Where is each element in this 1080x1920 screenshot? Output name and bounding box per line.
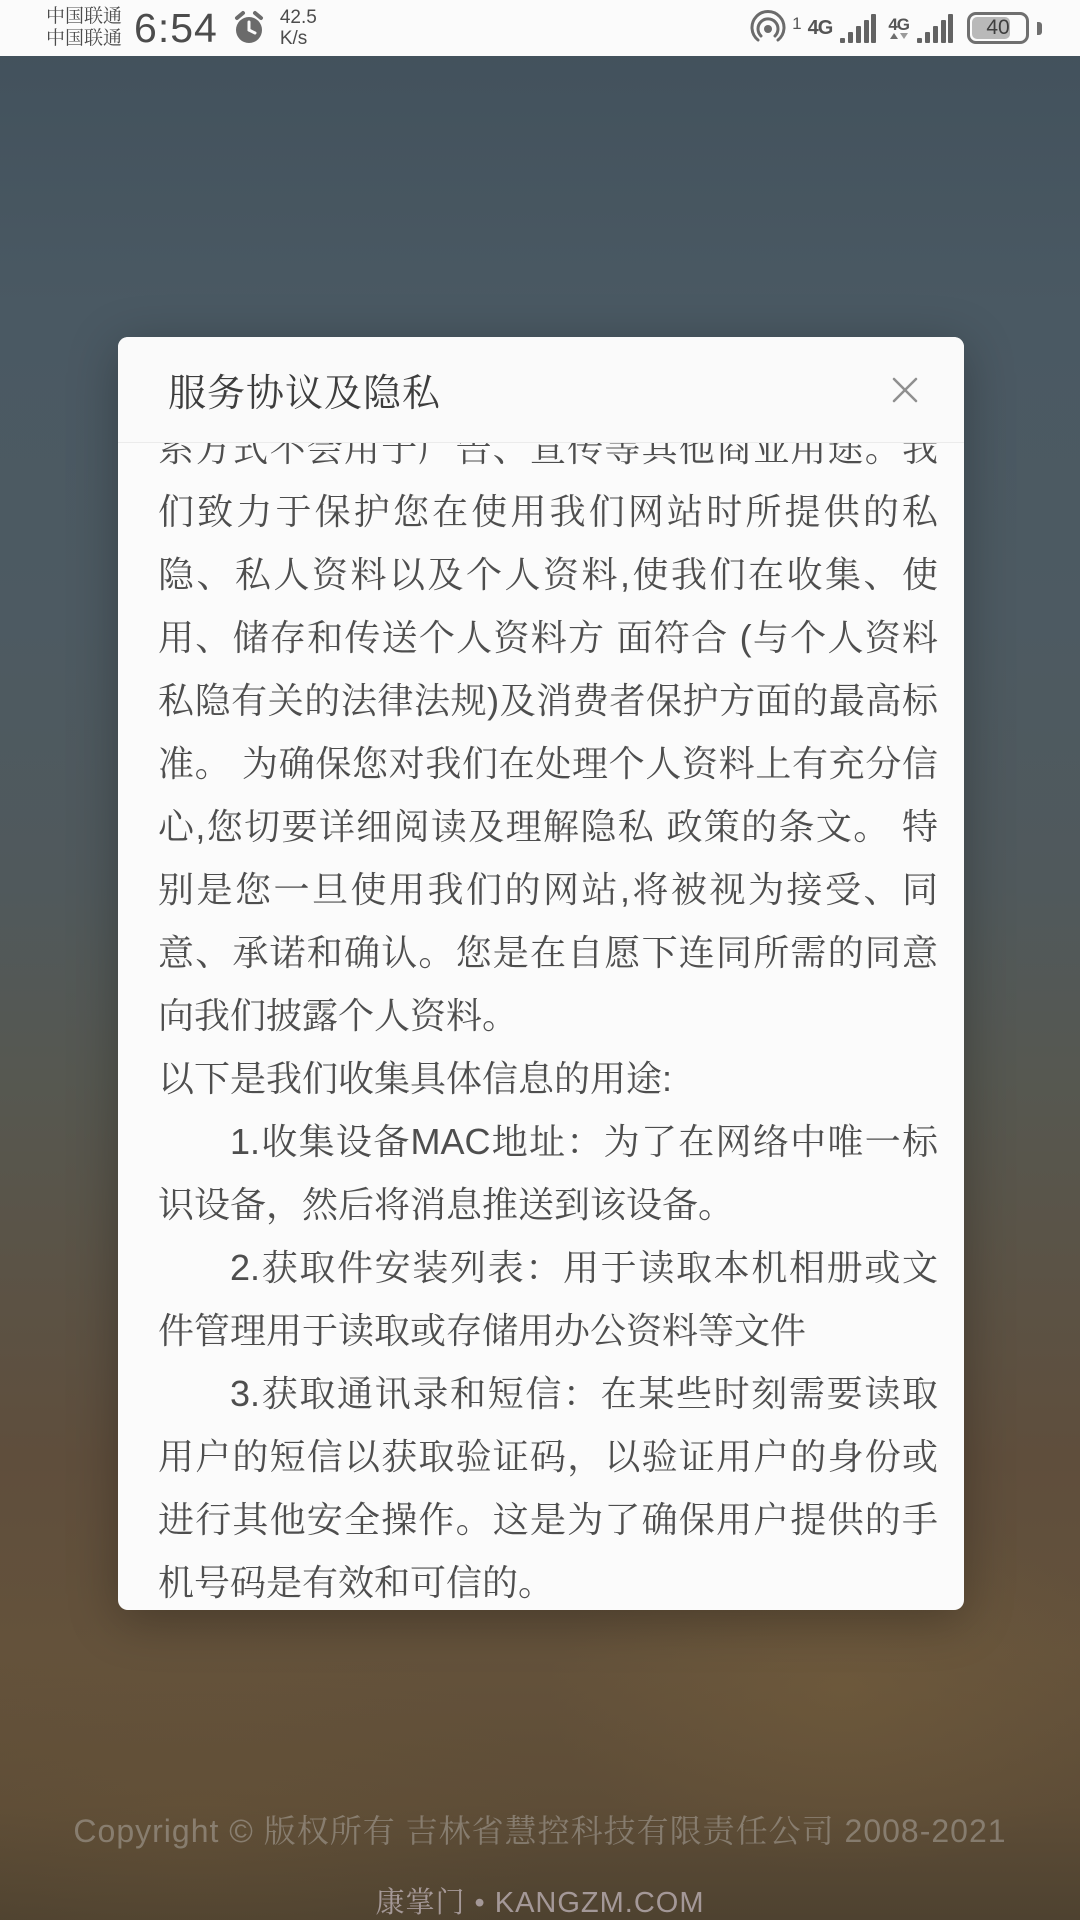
sim1-signal-bars-icon <box>838 12 876 44</box>
status-bar-left: 中国联通 中国联通 6:54 42.5 K/s <box>46 6 317 50</box>
network-speed: 42.5 K/s <box>280 7 317 49</box>
agreement-paragraph: 3.获取通讯录和短信：在某些时刻需要读取用户的短信以获取验证码，以验证用户的身份… <box>158 1362 938 1610</box>
privacy-agreement-dialog: 服务协议及隐私 系方式不会用于广告、宣传等其他商业用途。我们致力于保护您在使用我… <box>118 337 964 1610</box>
network-speed-value: 42.5 <box>280 7 317 28</box>
battery-percent: 40 <box>970 16 1026 40</box>
close-icon[interactable] <box>888 373 922 407</box>
battery-icon: 40 <box>967 12 1029 44</box>
dialog-title: 服务协议及隐私 <box>168 362 441 417</box>
data-activity-arrows-icon <box>890 33 908 39</box>
screen: 中国联通 中国联通 6:54 42.5 K/s <box>0 0 1080 1920</box>
status-bar: 中国联通 中国联通 6:54 42.5 K/s <box>0 0 1080 56</box>
clock-time: 6:54 <box>134 8 218 49</box>
status-bar-right: 1 4G 4G <box>750 10 1042 46</box>
agreement-scroll-area[interactable]: 系方式不会用于广告、宣传等其他商业用途。我们致力于保护您在使用我们网站时所提供的… <box>118 443 964 1610</box>
copyright-text: Copyright © 版权所有 吉林省慧控科技有限责任公司 2008-2021 <box>0 1806 1080 1852</box>
site-watermark: 康掌门 • KANGZM.COM <box>0 1880 1080 1920</box>
alarm-clock-icon <box>230 9 268 47</box>
battery-nub <box>1037 22 1042 35</box>
sim1-index: 1 <box>792 14 801 34</box>
carrier-sim2: 中国联通 <box>46 28 122 50</box>
agreement-paragraph: 2.获取件安装列表：用于读取本机相册或文件管理用于读取或存储用办公资料等文件 <box>158 1236 938 1362</box>
sim1-network-type: 4G <box>808 17 833 40</box>
network-speed-unit: K/s <box>280 28 317 49</box>
agreement-paragraph: 系方式不会用于广告、宣传等其他商业用途。我们致力于保护您在使用我们网站时所提供的… <box>158 443 938 1047</box>
sim2-network-type: 4G <box>888 17 909 39</box>
carrier-sim1: 中国联通 <box>46 6 122 28</box>
agreement-paragraph: 1.收集设备MAC地址：为了在网络中唯一标识设备，然后将消息推送到该设备。 <box>158 1110 938 1236</box>
carrier-labels: 中国联通 中国联通 <box>46 6 122 50</box>
dialog-header: 服务协议及隐私 <box>118 337 964 443</box>
agreement-paragraph: 以下是我们收集具体信息的用途: <box>158 1047 938 1110</box>
hotspot-icon <box>750 10 786 46</box>
sim2-signal-bars-icon <box>915 12 953 44</box>
